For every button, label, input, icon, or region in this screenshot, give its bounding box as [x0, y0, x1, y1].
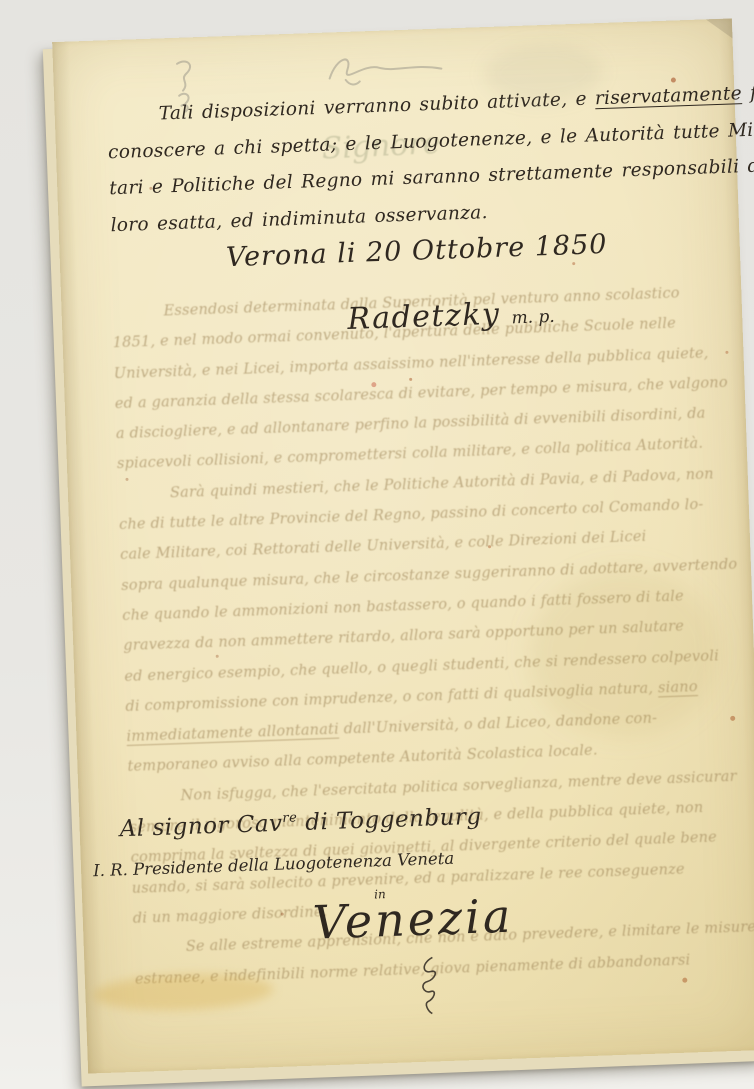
flourish-icon [414, 955, 446, 1016]
signature-name: Radetzky [347, 297, 501, 337]
paper-specks [52, 42, 55, 45]
signature-suffix: m. p. [511, 307, 555, 328]
main-paragraph: Tali disposizioni verranno subito attiva… [106, 77, 711, 244]
document-page: Signore Tali disposizioni verranno subit… [52, 18, 754, 1073]
recipient-abbrev: re [282, 810, 297, 826]
faded-body-text: Essendosi determinata dalla Superiorità … [111, 277, 745, 995]
scan-background: Signore Tali disposizioni verranno subit… [0, 0, 754, 1089]
